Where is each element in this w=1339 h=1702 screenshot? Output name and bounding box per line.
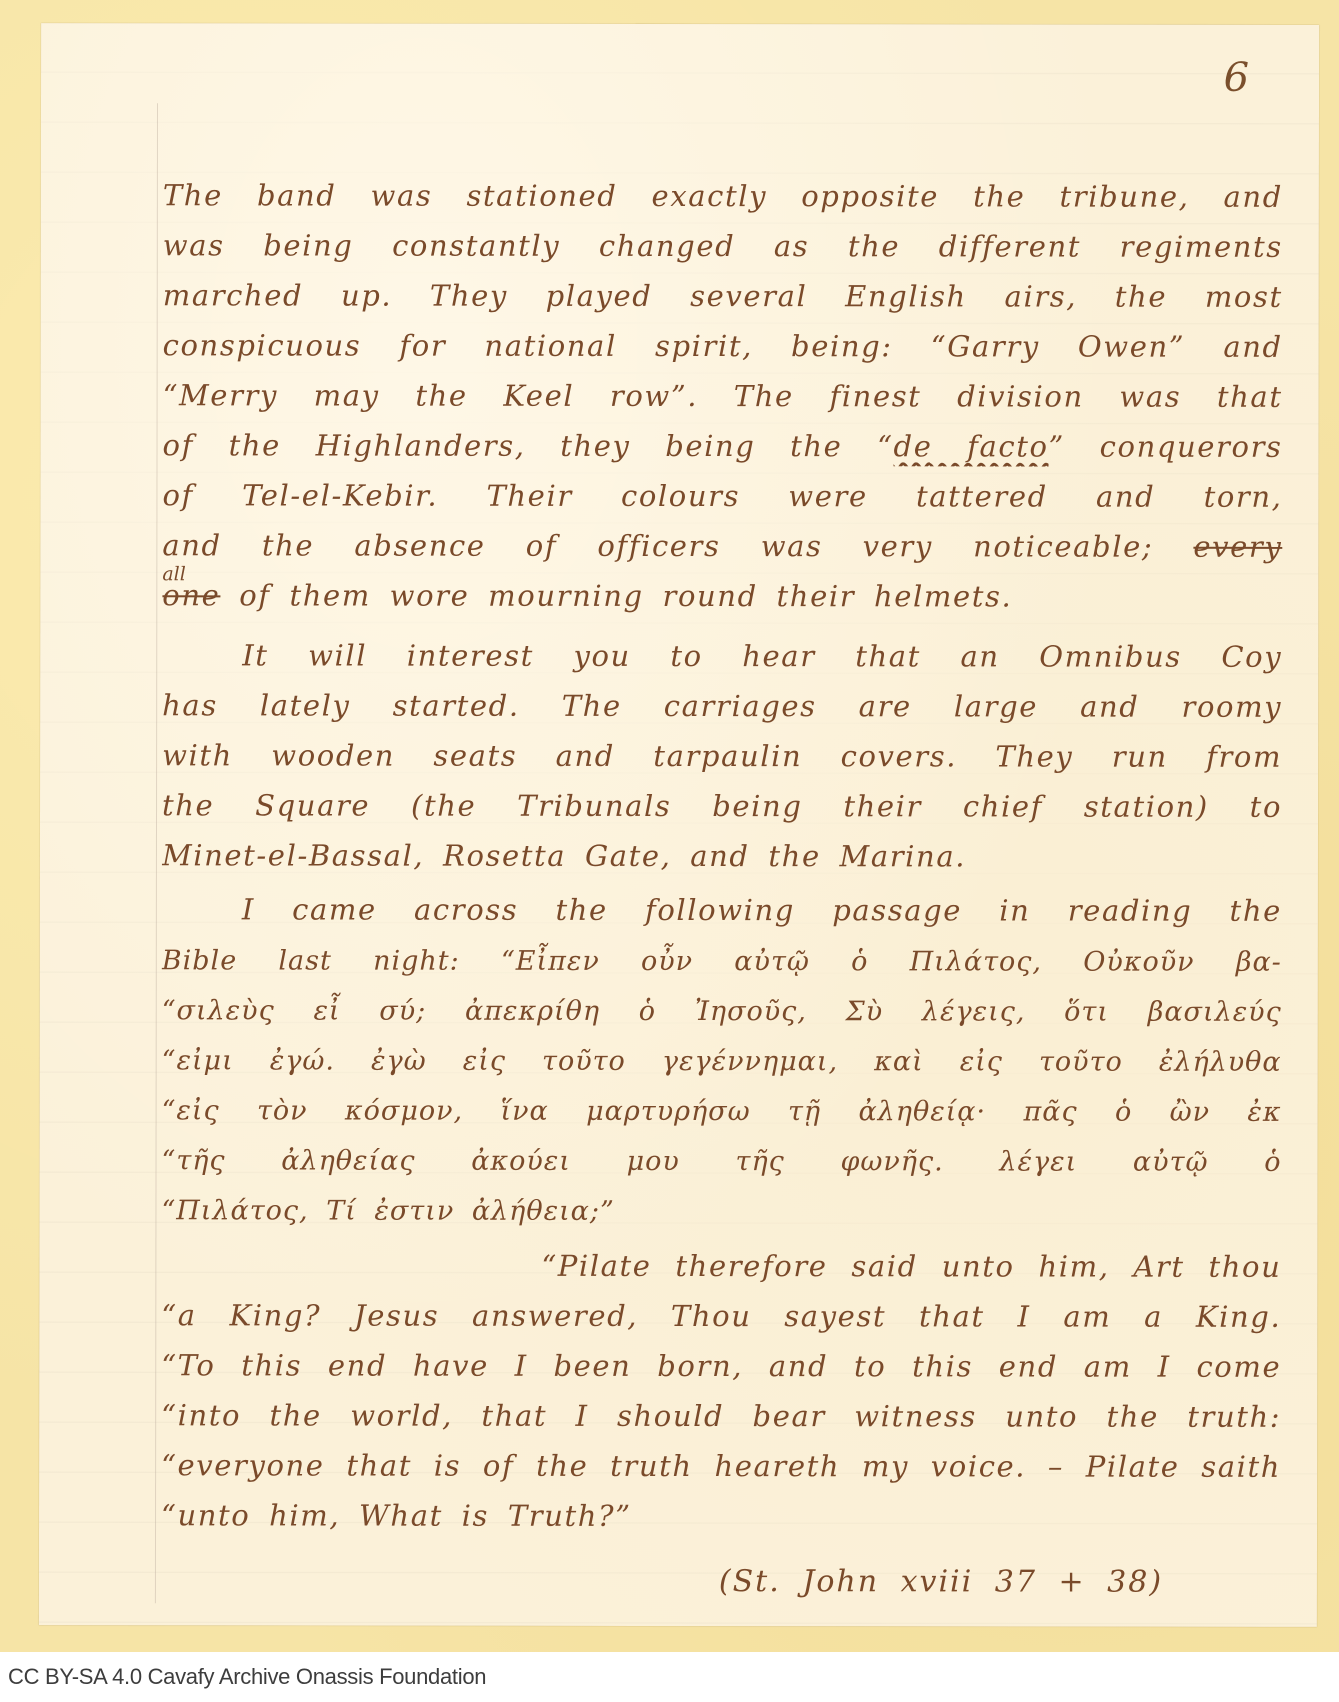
manuscript-line: “Merry may the Keel row”. The finest div… (163, 375, 1283, 417)
manuscript-line: was being constantly changed as the diff… (163, 225, 1283, 267)
underlined-phrase: de facto (894, 429, 1049, 463)
manuscript-line: “into the world, that I should bear witn… (161, 1395, 1281, 1437)
manuscript-line: “εἰμι ἐγώ. ἐγὼ εἰς τοῦτο γεγέννημαι, καὶ… (162, 1041, 1282, 1083)
inserted-word: all (162, 563, 186, 585)
manuscript-line: of Tel-el-Kebir. Their colours were tatt… (162, 475, 1282, 517)
manuscript-line: conspicuous for national spirit, being: … (163, 325, 1283, 367)
manuscript-line: of the Highlanders, they being the “de f… (163, 425, 1283, 467)
manuscript-line: “τῆς ἀληθείας ἀκούει μου τῆς φωνῆς. λέγε… (162, 1141, 1282, 1183)
manuscript-page: 6 The band was stationed exactly opposit… (39, 23, 1319, 1627)
manuscript-line: “σιλεὺς εἶ σύ; ἀπεκρίθη ὁ Ἰησοῦς, Σὺ λέγ… (162, 991, 1282, 1033)
manuscript-line: Minet-el-Bassal, Rosetta Gate, and the M… (162, 835, 1282, 877)
manuscript-line: Bible last night: “Εἶπεν οὖν αὐτῷ ὁ Πιλά… (162, 941, 1282, 983)
scripture-citation: (St. John xviii 37 + 38) (719, 1564, 1163, 1600)
manuscript-line: has lately started. The carriages are la… (162, 685, 1282, 727)
manuscript-line: “Πιλάτος, Τί ἐστιν ἀλήθεια;” (161, 1191, 1281, 1233)
manuscript-line: the Square (the Tribunals being their ch… (162, 785, 1282, 827)
manuscript-line: marched up. They played several English … (163, 275, 1283, 317)
manuscript-line: “unto him, What is Truth?” (161, 1495, 1281, 1537)
manuscript-line: I came across the following passage in r… (162, 889, 1282, 931)
manuscript-line: “Pilate therefore said unto him, Art tho… (161, 1245, 1281, 1287)
manuscript-line: “a King? Jesus answered, Thou sayest tha… (161, 1295, 1281, 1337)
manuscript-line: and the absence of officers was very not… (162, 525, 1282, 567)
manuscript-line: “everyone that is of the truth heareth m… (161, 1445, 1281, 1487)
manuscript-line: one of them wore mourning round their he… (162, 575, 1282, 617)
manuscript-line: with wooden seats and tarpaulin covers. … (162, 735, 1282, 777)
manuscript-line: The band was stationed exactly opposite … (163, 175, 1283, 217)
struck-word: every (1193, 530, 1282, 564)
manuscript-line: It will interest you to hear that an Omn… (162, 635, 1282, 677)
manuscript-line: “εἰς τὸν κόσμον, ἵνα μαρτυρήσω τῇ ἀληθεί… (162, 1091, 1282, 1133)
margin-rule (155, 103, 158, 1603)
page-number: 6 (1224, 55, 1250, 101)
license-caption: CC BY-SA 4.0 Cavafy Archive Onassis Foun… (8, 1664, 486, 1690)
manuscript-line: “To this end have I been born, and to th… (161, 1345, 1281, 1387)
